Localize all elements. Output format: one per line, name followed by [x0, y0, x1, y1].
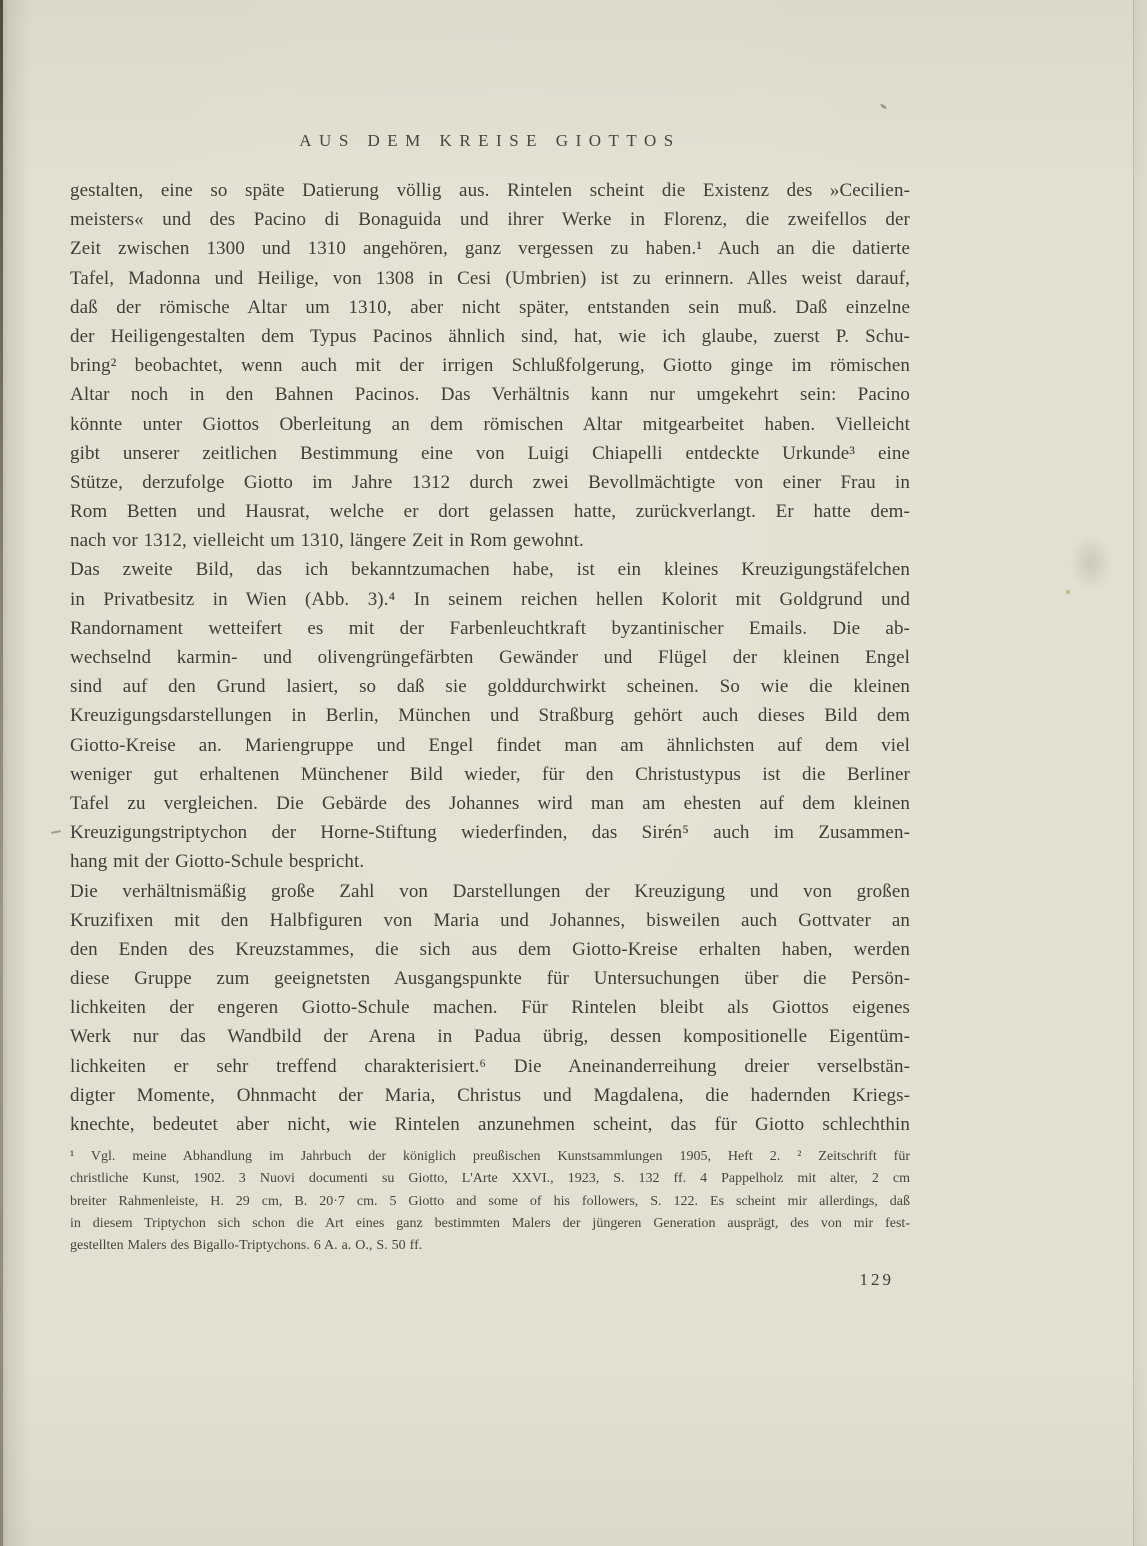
body-line: daß der römische Altar um 1310, aber nic… — [70, 293, 910, 322]
body-line: digter Momente, Ohnmacht der Maria, Chri… — [70, 1081, 910, 1110]
footnote-line: in diesem Triptychon sich schon die Art … — [70, 1213, 910, 1235]
body-line: diese Gruppe zum geeignetsten Ausgangspu… — [70, 964, 910, 993]
binding-shadow — [0, 0, 30, 1546]
page-number: 129 — [70, 1270, 910, 1290]
page-edge-strip — [1134, 0, 1147, 1546]
body-line: Das zweite Bild, das ich bekanntzumachen… — [70, 555, 910, 584]
body-line: Kreuzigungstriptychon der Horne-Stiftung… — [70, 818, 910, 847]
body-line: könnte unter Giottos Oberleitung an dem … — [70, 410, 910, 439]
footnotes: ¹ Vgl. meine Abhandlung im Jahrbuch der … — [70, 1146, 910, 1257]
body-line: weniger gut erhaltenen Münchener Bild wi… — [70, 760, 910, 789]
body-line: Stütze, derzufolge Giotto im Jahre 1312 … — [70, 468, 910, 497]
body-line: lichkeiten der engeren Giotto-Schule mac… — [70, 993, 910, 1022]
body-line: meisters« und des Pacino di Bonaguida un… — [70, 205, 910, 234]
footnote-line: christliche Kunst, 1902. 3 Nuovi documen… — [70, 1168, 910, 1190]
body-line: Kreuzigungsdarstellungen in Berlin, Münc… — [70, 701, 910, 730]
body-line: Randornament wetteifert es mit der Farbe… — [70, 614, 910, 643]
pencil-mark — [51, 830, 61, 834]
body-line: Die verhältnismäßig große Zahl von Darst… — [70, 877, 910, 906]
body-line: Altar noch in den Bahnen Pacinos. Das Ve… — [70, 380, 910, 409]
body-line: wechselnd karmin- und olivengrüngefärbte… — [70, 643, 910, 672]
body-line: sind auf den Grund lasiert, so daß sie g… — [70, 672, 910, 701]
body-line: Zeit zwischen 1300 und 1310 angehören, g… — [70, 234, 910, 263]
footnote-line: ¹ Vgl. meine Abhandlung im Jahrbuch der … — [70, 1146, 910, 1168]
book-page: AUS DEM KREISE GIOTTOS gestalten, eine s… — [0, 0, 1147, 1546]
body-line: in Privatbesitz in Wien (Abb. 3).⁴ In se… — [70, 585, 910, 614]
footnote-line: breiter Rahmenleiste, H. 29 cm, B. 20·7 … — [70, 1191, 910, 1213]
body-text: gestalten, eine so späte Datierung völli… — [70, 176, 910, 1139]
body-line: gestalten, eine so späte Datierung völli… — [70, 176, 910, 205]
body-line: Giotto-Kreise an. Mariengruppe und Engel… — [70, 731, 910, 760]
body-line: Tafel zu vergleichen. Die Gebärde des Jo… — [70, 789, 910, 818]
footnote-line: gestellten Malers des Bigallo-Triptychon… — [70, 1235, 910, 1257]
body-line: gibt unserer zeitlichen Bestimmung eine … — [70, 439, 910, 468]
body-line: bring² beobachtet, wenn auch mit der irr… — [70, 351, 910, 380]
body-line: lichkeiten er sehr treffend charakterisi… — [70, 1052, 910, 1081]
body-line: knechte, bedeutet aber nicht, wie Rintel… — [70, 1110, 910, 1139]
body-line: Rom Betten und Hausrat, welche er dort g… — [70, 497, 910, 526]
body-line: der Heiligengestalten dem Typus Pacinos … — [70, 322, 910, 351]
body-line: Kruzifixen mit den Halbfiguren von Maria… — [70, 906, 910, 935]
running-header: AUS DEM KREISE GIOTTOS — [70, 131, 910, 151]
body-line: Werk nur das Wandbild der Arena in Padua… — [70, 1022, 910, 1051]
body-line: nach vor 1312, vielleicht um 1310, länge… — [70, 526, 910, 555]
scan-speck — [880, 103, 887, 109]
body-line: hang mit der Giotto-Schule bespricht. — [70, 847, 910, 876]
body-line: den Enden des Kreuzstammes, die sich aus… — [70, 935, 910, 964]
paper-smudge — [1070, 535, 1112, 590]
binding-edge — [0, 0, 3, 1546]
body-line: Tafel, Madonna und Heilige, von 1308 in … — [70, 264, 910, 293]
scan-speck — [1066, 590, 1070, 594]
